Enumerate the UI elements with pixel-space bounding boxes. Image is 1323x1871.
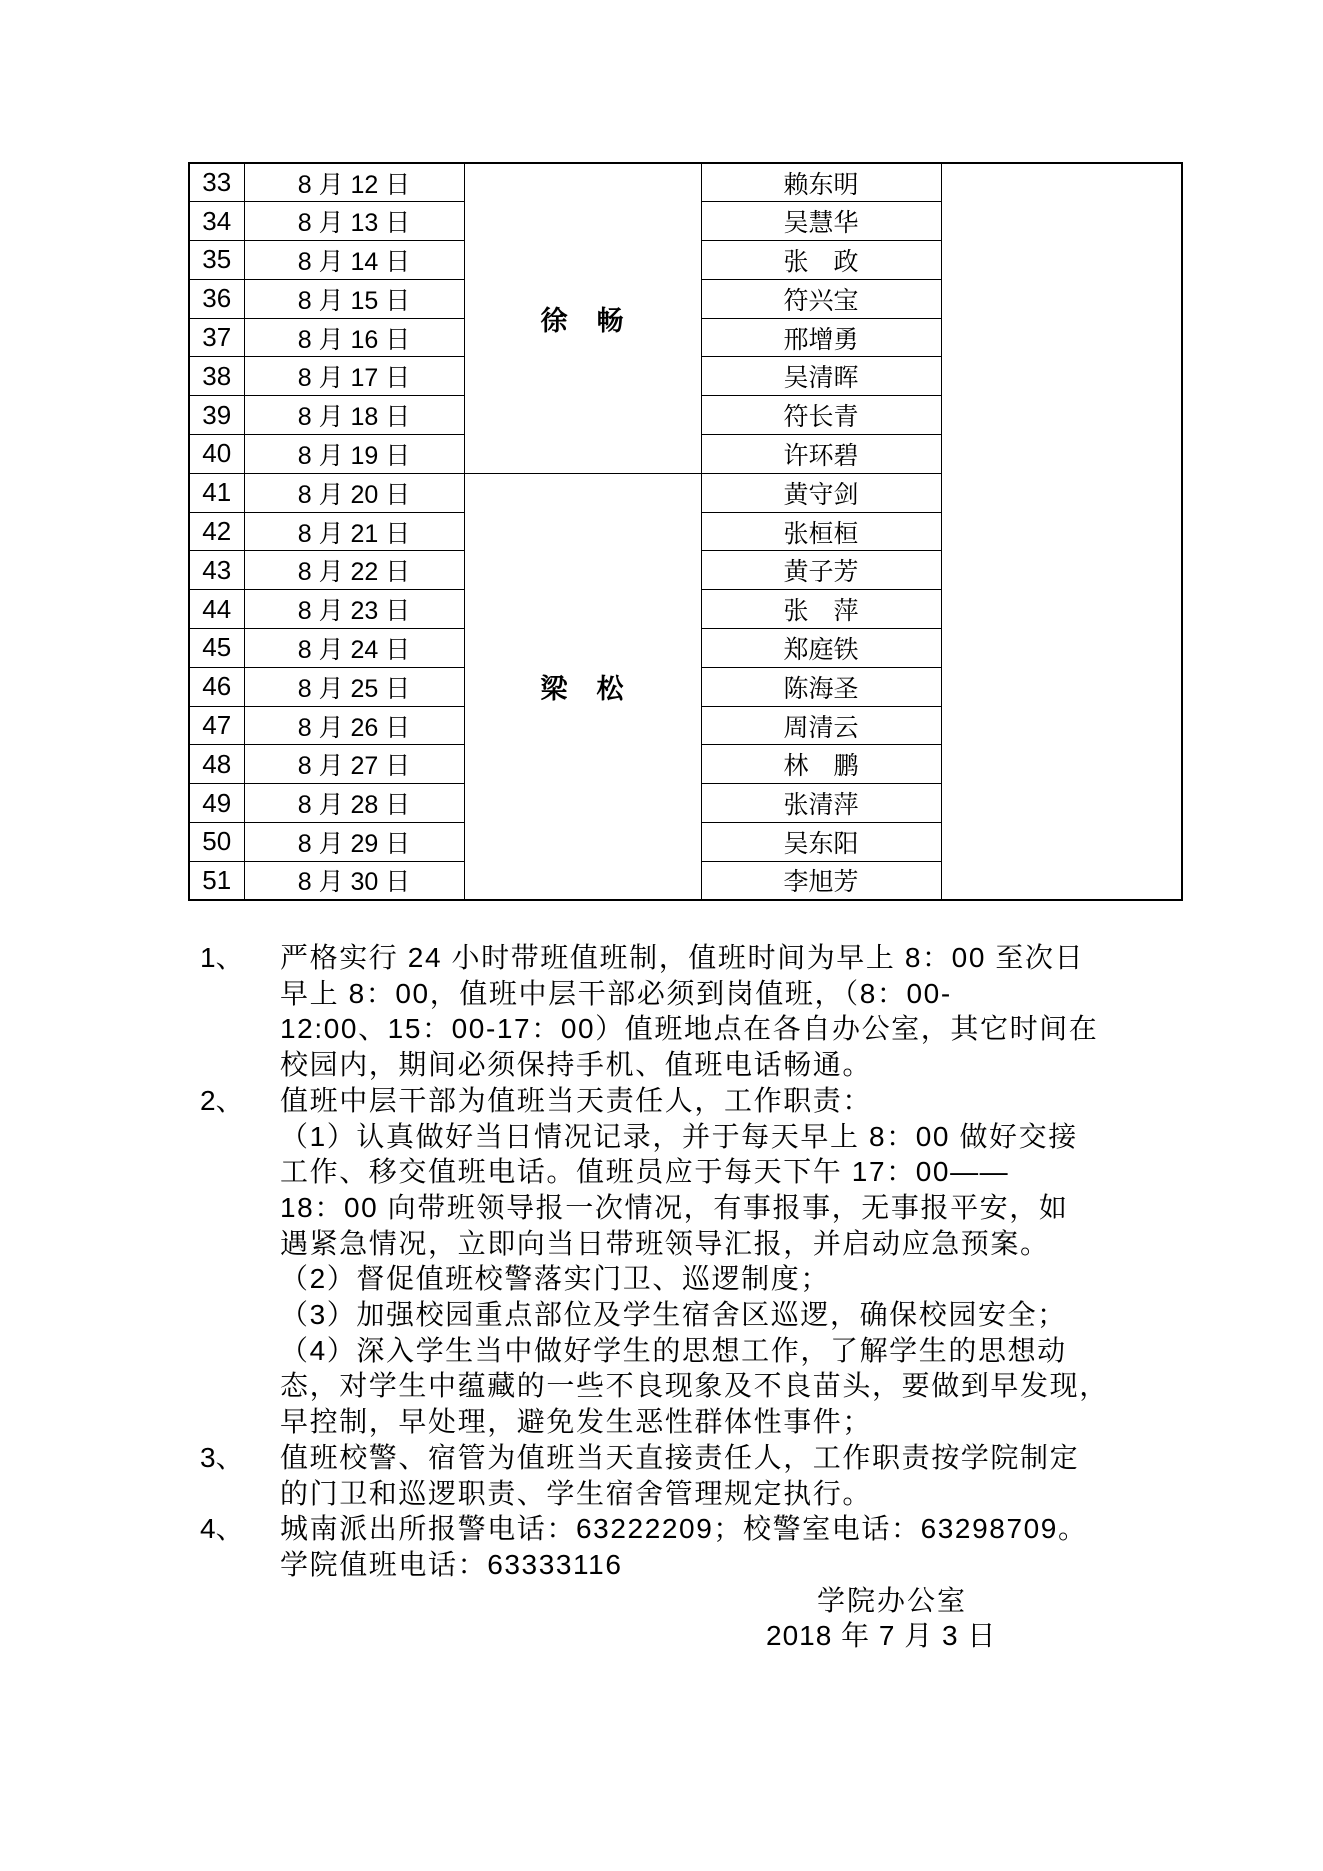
date-cell: 8 月 21 日 xyxy=(244,512,464,551)
note-line: 3、值班校警、宿管为值班当天直接责任人，工作职责按学院制定 xyxy=(280,1440,1185,1476)
row-number-cell: 34 xyxy=(189,202,244,241)
row-number-cell: 49 xyxy=(189,784,244,823)
duty-person-cell: 吴慧华 xyxy=(701,202,941,241)
row-number-cell: 36 xyxy=(189,279,244,318)
date-cell: 8 月 28 日 xyxy=(244,784,464,823)
date-cell: 8 月 30 日 xyxy=(244,861,464,900)
note-item-number: 2、 xyxy=(200,1083,244,1119)
note-line: 早控制，早处理，避免发生恶性群体性事件； xyxy=(280,1404,1185,1440)
duty-person-cell: 张 政 xyxy=(701,241,941,280)
note-line: （2）督促值班校警落实门卫、巡逻制度； xyxy=(280,1261,1185,1297)
date-cell: 8 月 26 日 xyxy=(244,706,464,745)
notes-section: 1、严格实行 24 小时带班值班制，值班时间为早上 8：00 至次日早上 8：0… xyxy=(280,940,1185,1583)
duty-person-cell: 张 萍 xyxy=(701,590,941,629)
row-number-cell: 35 xyxy=(189,241,244,280)
duty-person-cell: 吴清晖 xyxy=(701,357,941,396)
duty-person-cell: 周清云 xyxy=(701,706,941,745)
date-cell: 8 月 12 日 xyxy=(244,163,464,202)
date-cell: 8 月 17 日 xyxy=(244,357,464,396)
duty-person-cell: 符兴宝 xyxy=(701,279,941,318)
date-cell: 8 月 25 日 xyxy=(244,667,464,706)
row-number-cell: 50 xyxy=(189,823,244,862)
row-number-cell: 39 xyxy=(189,396,244,435)
note-line: 遇紧急情况，立即向当日带班领导汇报，并启动应急预案。 xyxy=(280,1226,1185,1262)
row-number-cell: 41 xyxy=(189,473,244,512)
duty-person-cell: 林 鹏 xyxy=(701,745,941,784)
date-cell: 8 月 19 日 xyxy=(244,435,464,474)
duty-person-cell: 黄守剑 xyxy=(701,473,941,512)
table-row: 338 月 12 日徐 畅赖东明 xyxy=(189,163,1182,202)
duty-person-cell: 许环碧 xyxy=(701,435,941,474)
row-number-cell: 47 xyxy=(189,706,244,745)
duty-person-cell: 李旭芳 xyxy=(701,861,941,900)
leader-cell: 徐 畅 xyxy=(464,163,701,473)
row-number-cell: 38 xyxy=(189,357,244,396)
note-item-number: 4、 xyxy=(200,1511,244,1547)
date-cell: 8 月 15 日 xyxy=(244,279,464,318)
duty-person-cell: 陈海圣 xyxy=(701,667,941,706)
row-number-cell: 43 xyxy=(189,551,244,590)
row-number-cell: 48 xyxy=(189,745,244,784)
duty-person-cell: 邢增勇 xyxy=(701,318,941,357)
date-cell: 8 月 13 日 xyxy=(244,202,464,241)
row-number-cell: 40 xyxy=(189,435,244,474)
duty-person-cell: 黄子芳 xyxy=(701,551,941,590)
row-number-cell: 44 xyxy=(189,590,244,629)
duty-person-cell: 张桓桓 xyxy=(701,512,941,551)
date-cell: 8 月 16 日 xyxy=(244,318,464,357)
row-number-cell: 51 xyxy=(189,861,244,900)
note-item-number: 1、 xyxy=(200,940,244,976)
date-cell: 8 月 18 日 xyxy=(244,396,464,435)
date-cell: 8 月 27 日 xyxy=(244,745,464,784)
note-line: 早上 8：00，值班中层干部必须到岗值班，（8：00- xyxy=(280,976,1185,1012)
note-line: 态，对学生中蕴藏的一些不良现象及不良苗头，要做到早发现， xyxy=(280,1368,1185,1404)
date-cell: 8 月 22 日 xyxy=(244,551,464,590)
row-number-cell: 33 xyxy=(189,163,244,202)
date-cell: 8 月 29 日 xyxy=(244,823,464,862)
duty-schedule-table: 338 月 12 日徐 畅赖东明348 月 13 日吴慧华358 月 14 日张… xyxy=(188,162,1183,901)
date-cell: 8 月 20 日 xyxy=(244,473,464,512)
signature-org: 学院办公室 xyxy=(817,1579,967,1619)
note-item-number: 3、 xyxy=(200,1440,244,1476)
row-number-cell: 45 xyxy=(189,629,244,668)
note-line: 的门卫和巡逻职责、学生宿舍管理规定执行。 xyxy=(280,1476,1185,1512)
note-line: 4、城南派出所报警电话：63222209；校警室电话：63298709。 xyxy=(280,1511,1185,1547)
note-line: 1、严格实行 24 小时带班值班制，值班时间为早上 8：00 至次日 xyxy=(280,940,1185,976)
duty-person-cell: 郑庭铁 xyxy=(701,629,941,668)
note-line: 2、值班中层干部为值班当天责任人，工作职责： xyxy=(280,1083,1185,1119)
remarks-cell xyxy=(941,163,1182,900)
date-cell: 8 月 23 日 xyxy=(244,590,464,629)
note-line: （4）深入学生当中做好学生的思想工作，了解学生的思想动 xyxy=(280,1333,1185,1369)
note-line: （3）加强校园重点部位及学生宿舍区巡逻，确保校园安全； xyxy=(280,1297,1185,1333)
row-number-cell: 37 xyxy=(189,318,244,357)
duty-person-cell: 符长青 xyxy=(701,396,941,435)
note-line: 学院值班电话：63333116 xyxy=(280,1547,1185,1583)
note-line: （1）认真做好当日情况记录，并于每天早上 8：00 做好交接 xyxy=(280,1119,1185,1155)
row-number-cell: 46 xyxy=(189,667,244,706)
duty-person-cell: 赖东明 xyxy=(701,163,941,202)
note-line: 12:00、15：00-17：00）值班地点在各自办公室，其它时间在 xyxy=(280,1011,1185,1047)
row-number-cell: 42 xyxy=(189,512,244,551)
signature-date: 2018 年 7 月 3 日 xyxy=(766,1614,996,1654)
duty-person-cell: 张清萍 xyxy=(701,784,941,823)
duty-person-cell: 吴东阳 xyxy=(701,823,941,862)
leader-cell: 梁 松 xyxy=(464,473,701,900)
note-line: 18：00 向带班领导报一次情况，有事报事，无事报平安，如 xyxy=(280,1190,1185,1226)
note-line: 校园内，期间必须保持手机、值班电话畅通。 xyxy=(280,1047,1185,1083)
date-cell: 8 月 14 日 xyxy=(244,241,464,280)
date-cell: 8 月 24 日 xyxy=(244,629,464,668)
document-page: 338 月 12 日徐 畅赖东明348 月 13 日吴慧华358 月 14 日张… xyxy=(0,0,1323,1871)
note-line: 工作、移交值班电话。值班员应于每天下午 17：00—— xyxy=(280,1154,1185,1190)
